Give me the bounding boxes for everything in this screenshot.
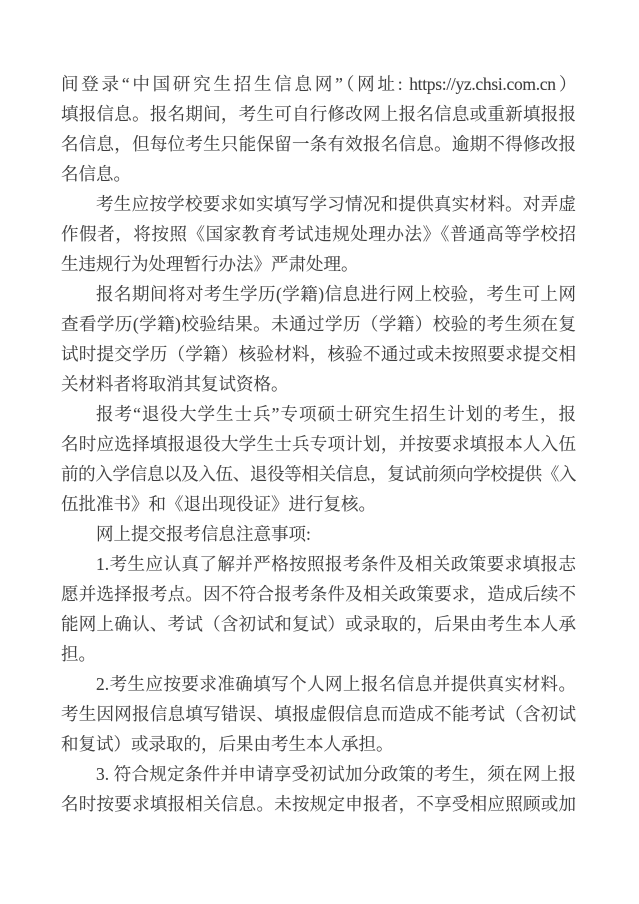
text-line: 报考“退役大学生士兵”专项硕士研究生招生计划的考生，报 [61, 399, 576, 429]
paragraph: 报名期间将对考生学历(学籍)信息进行网上校验，考生可上网 查看学历(学籍)校验结… [61, 279, 576, 399]
paragraph: 1.考生应认真了解并严格按照报考条件及相关政策要求填报志 愿并选择报考点。因不符… [61, 549, 576, 669]
text-line: 前的入学信息以及入伍、退役等相关信息，复试前须向学校提供《入 [61, 459, 576, 489]
text-line: 考生应按学校要求如实填写学习情况和提供真实材料。对弄虚 [61, 189, 576, 219]
paragraph: 网上提交报考信息注意事项: [61, 519, 576, 549]
text-line: 查看学历(学籍)校验结果。未通过学历（学籍）校验的考生须在复 [61, 309, 576, 339]
paragraph: 考生应按学校要求如实填写学习情况和提供真实材料。对弄虚 作假者，将按照《国家教育… [61, 189, 576, 279]
text-line: 3. 符合规定条件并申请享受初试加分政策的考生，须在网上报 [61, 759, 576, 789]
line-text: ） [556, 74, 576, 94]
text-line: 试时提交学历（学籍）核验材料，核验不通过或未按照要求提交相 [61, 339, 576, 369]
text-line: 名信息，但每位考生只能保留一条有效报名信息。逾期不得修改报 [61, 129, 576, 159]
text-line: 考生因网报信息填写错误、填报虚假信息而造成不能考试（含初试 [61, 699, 576, 729]
document-page: 间登录“中国研究生招生信息网”（网址: https://yz.chsi.com.… [61, 69, 576, 819]
text-line: 名时按要求填报相关信息。未按规定申报者，不享受相应照顾或加 [61, 789, 576, 819]
text-line: 能网上确认、考试（含初试和复试）或录取的，后果由考生本人承 [61, 609, 576, 639]
text-line: 2.考生应按要求准确填写个人网上报名信息并提供真实材料。 [61, 669, 576, 699]
paragraph: 3. 符合规定条件并申请享受初试加分政策的考生，须在网上报 名时按要求填报相关信… [61, 759, 576, 819]
text-line: 担。 [61, 639, 576, 669]
text-line: 名信息。 [61, 159, 576, 189]
text-line: 报名期间将对考生学历(学籍)信息进行网上校验，考生可上网 [61, 279, 576, 309]
paragraph: 2.考生应按要求准确填写个人网上报名信息并提供真实材料。 考生因网报信息填写错误… [61, 669, 576, 759]
paragraph: 间登录“中国研究生招生信息网”（网址: https://yz.chsi.com.… [61, 69, 576, 189]
section-heading-line: 网上提交报考信息注意事项: [61, 519, 576, 549]
line-text: 间登录“中国研究生招生信息网”（网址: [61, 74, 409, 94]
paragraph: 报考“退役大学生士兵”专项硕士研究生招生计划的考生，报 名时应选择填报退役大学生… [61, 399, 576, 519]
text-line: 生违规行为处理暂行办法》严肃处理。 [61, 249, 576, 279]
text-line: 伍批准书》和《退出现役证》进行复核。 [61, 489, 576, 519]
text-line: 愿并选择报考点。因不符合报考条件及相关政策要求，造成后续不 [61, 579, 576, 609]
text-line: 1.考生应认真了解并严格按照报考条件及相关政策要求填报志 [61, 549, 576, 579]
text-line: 填报信息。报名期间，考生可自行修改网上报名信息或重新填报报 [61, 99, 576, 129]
text-line: 作假者，将按照《国家教育考试违规处理办法》《普通高等学校招 [61, 219, 576, 249]
text-line: 名时应选择填报退役大学生士兵专项计划，并按要求填报本人入伍 [61, 429, 576, 459]
website-url: https://yz.chsi.com.cn [409, 74, 556, 94]
text-line: 关材料者将取消其复试资格。 [61, 369, 576, 399]
text-line: 间登录“中国研究生招生信息网”（网址: https://yz.chsi.com.… [61, 69, 576, 99]
text-line: 和复试）或录取的，后果由考生本人承担。 [61, 729, 576, 759]
